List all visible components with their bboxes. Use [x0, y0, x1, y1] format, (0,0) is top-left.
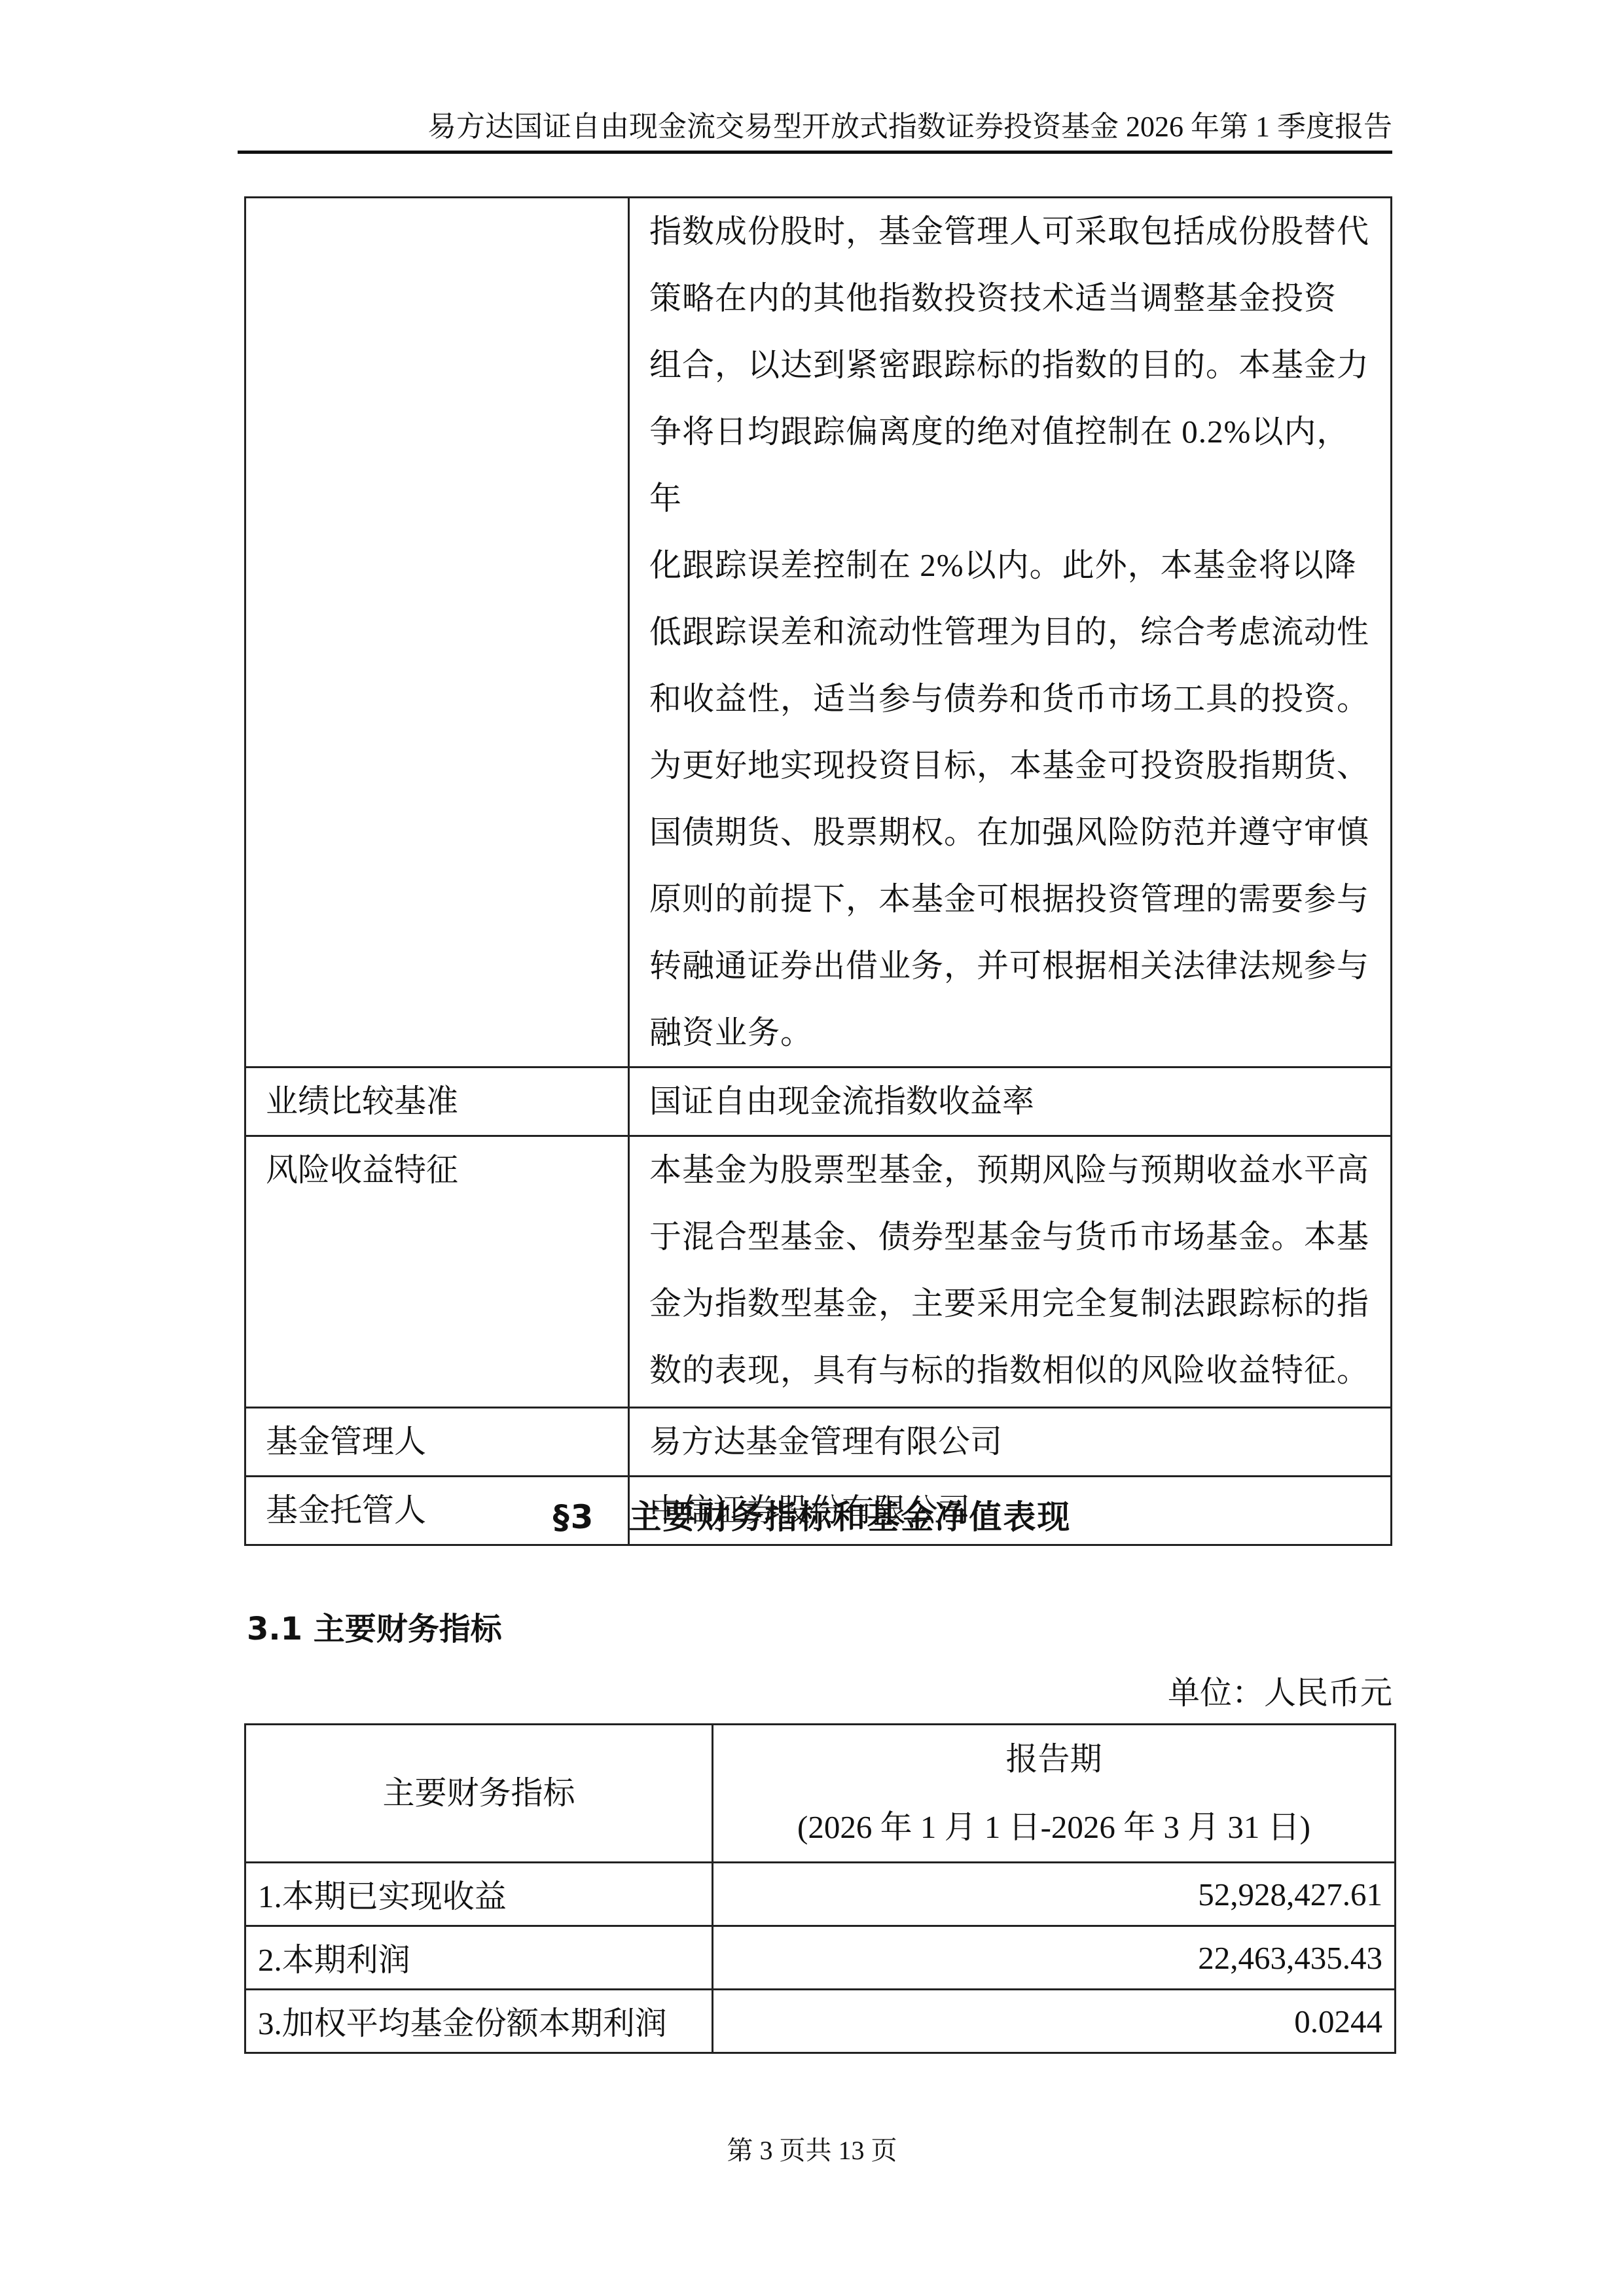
table-row: 3.加权平均基金份额本期利润 0.0244 [245, 1990, 1396, 2053]
page-number: 第 3 页共 13 页 [0, 2130, 1624, 2167]
table-header-row: 主要财务指标 报告期 (2026 年 1 月 1 日-2026 年 3 月 31… [245, 1725, 1396, 1863]
text-line: 低跟踪误差和流动性管理为目的，综合考虑流动性 [649, 599, 1377, 666]
benchmark-value: 国证自由现金流指数收益率 [629, 1067, 1392, 1136]
text-line: 组合，以达到紧密跟踪标的指数的目的。本基金力 [649, 332, 1377, 399]
report-title: 易方达国证自由现金流交易型开放式指数证券投资基金 2026 年第 1 季度报告 [427, 110, 1392, 144]
header-period: 报告期 (2026 年 1 月 1 日-2026 年 3 月 31 日) [713, 1725, 1396, 1863]
indicator-label: 3.加权平均基金份额本期利润 [245, 1990, 713, 2053]
row-label-risk-return: 风险收益特征 [245, 1136, 629, 1408]
text-line: 数的表现，具有与标的指数相似的风险收益特征。 [649, 1337, 1377, 1404]
text-line: 国债期货、股票期权。在加强风险防范并遵守审慎 [649, 799, 1377, 866]
table-row: 风险收益特征 本基金为股票型基金，预期风险与预期收益水平高 于混合型基金、债券型… [245, 1136, 1392, 1408]
unit-label: 单位：人民币元 [1168, 1668, 1392, 1713]
header-indicator: 主要财务指标 [245, 1725, 713, 1863]
text-line: 于混合型基金、债券型基金与货币市场基金。本基 [649, 1204, 1377, 1270]
table-row: 2.本期利润 22,463,435.43 [245, 1926, 1396, 1990]
text-line: 和收益性，适当参与债券和货币市场工具的投资。 [649, 666, 1377, 732]
text-line: 指数成份股时，基金管理人可采取包括成份股替代 [649, 198, 1377, 265]
financial-indicators-table: 主要财务指标 报告期 (2026 年 1 月 1 日-2026 年 3 月 31… [244, 1723, 1396, 2054]
header-period-range: (2026 年 1 月 1 日-2026 年 3 月 31 日) [725, 1793, 1382, 1861]
text-line: 化跟踪误差控制在 2%以内。此外，本基金将以降 [649, 532, 1377, 599]
indicator-value: 22,463,435.43 [713, 1926, 1396, 1990]
indicator-label: 1.本期已实现收益 [245, 1863, 713, 1926]
table-row: 业绩比较基准 国证自由现金流指数收益率 [245, 1067, 1392, 1136]
text-line: 争将日均跟踪偏离度的绝对值控制在 0.2%以内，年 [649, 399, 1377, 532]
row-label [245, 198, 629, 1067]
text-line: 原则的前提下，本基金可根据投资管理的需要参与 [649, 866, 1377, 933]
manager-value: 易方达基金管理有限公司 [629, 1408, 1392, 1477]
text-line: 本基金为股票型基金，预期风险与预期收益水平高 [649, 1137, 1377, 1204]
row-label-benchmark: 业绩比较基准 [245, 1067, 629, 1136]
indicator-value: 52,928,427.61 [713, 1863, 1396, 1926]
risk-return-text: 本基金为股票型基金，预期风险与预期收益水平高 于混合型基金、债券型基金与货币市场… [629, 1136, 1392, 1408]
text-line: 为更好地实现投资目标，本基金可投资股指期货、 [649, 732, 1377, 799]
text-line: 融资业务。 [649, 999, 1377, 1066]
text-line: 金为指数型基金，主要采用完全复制法跟踪标的指 [649, 1270, 1377, 1337]
page-header: 易方达国证自由现金流交易型开放式指数证券投资基金 2026 年第 1 季度报告 [238, 105, 1392, 154]
header-period-title: 报告期 [725, 1725, 1382, 1793]
fund-profile-table: 指数成份股时，基金管理人可采取包括成份股替代 策略在内的其他指数投资技术适当调整… [244, 196, 1392, 1546]
investment-strategy-text: 指数成份股时，基金管理人可采取包括成份股替代 策略在内的其他指数投资技术适当调整… [629, 198, 1392, 1067]
indicator-value: 0.0244 [713, 1990, 1396, 2053]
table-row: 基金管理人 易方达基金管理有限公司 [245, 1408, 1392, 1477]
row-label-manager: 基金管理人 [245, 1408, 629, 1477]
section-title: §3 主要财务指标和基金净值表现 [0, 1491, 1624, 1538]
subsection-title: 3.1 主要财务指标 [247, 1604, 502, 1649]
text-line: 转融通证券出借业务，并可根据相关法律法规参与 [649, 933, 1377, 999]
indicator-label: 2.本期利润 [245, 1926, 713, 1990]
table-row: 指数成份股时，基金管理人可采取包括成份股替代 策略在内的其他指数投资技术适当调整… [245, 198, 1392, 1067]
text-line: 策略在内的其他指数投资技术适当调整基金投资 [649, 265, 1377, 332]
table-row: 1.本期已实现收益 52,928,427.61 [245, 1863, 1396, 1926]
